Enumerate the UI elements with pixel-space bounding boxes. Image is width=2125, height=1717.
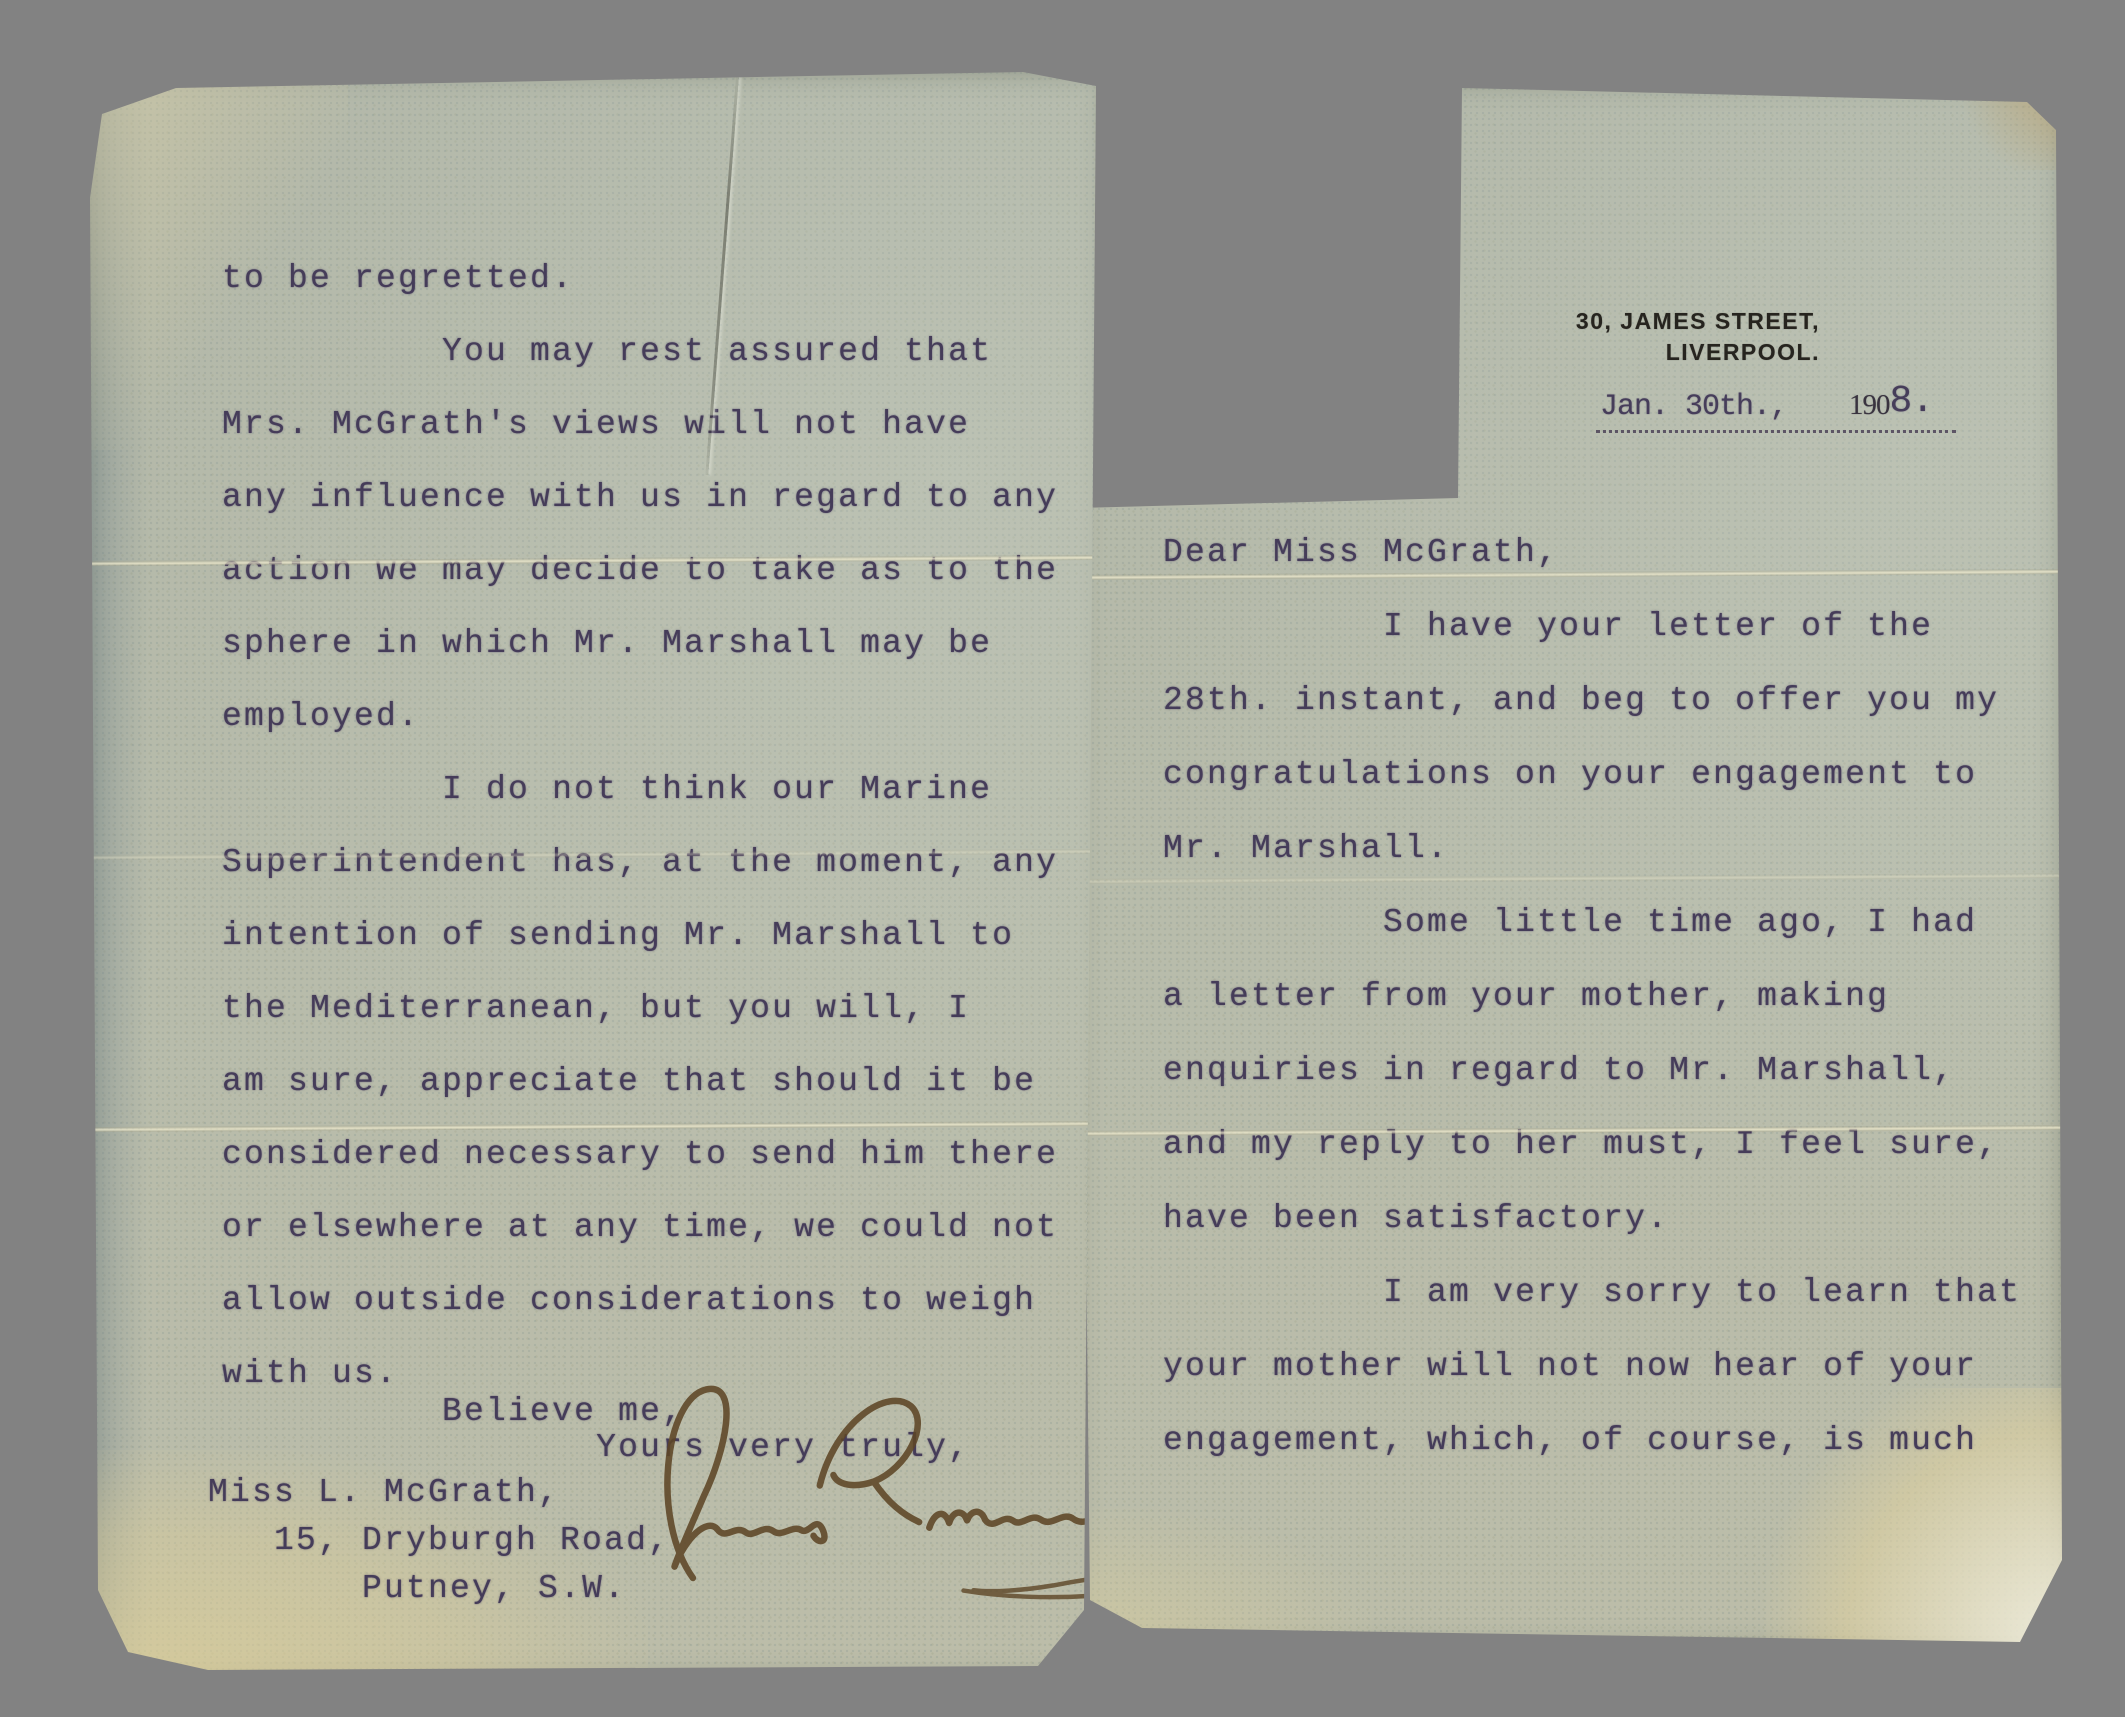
page-edge-shadow	[88, 70, 148, 1680]
date-underline	[1596, 430, 1956, 433]
letter-scan-scene: 30, JAMES STREET, LIVERPOOL. Jan. 30th.,…	[0, 0, 2125, 1717]
left-page: to be regretted. You may rest assured th…	[88, 70, 1110, 1680]
right-page-body-text: I have your letter of the 28th. instant,…	[1163, 590, 2021, 1478]
date-typed-year-digit: 8.	[1890, 380, 1934, 423]
recipient-address: Miss L. McGrath, 15, Dryburgh Road, Putn…	[208, 1469, 670, 1613]
letterhead-address-line: 30, JAMES STREET,	[1576, 306, 1820, 337]
letterhead: 30, JAMES STREET, LIVERPOOL.	[1576, 306, 1820, 368]
corner-stain-top-right	[1944, 80, 2064, 170]
date-printed-year: 190	[1849, 389, 1890, 421]
date-typed-text: Jan. 30th.,	[1600, 390, 1787, 424]
date-line: Jan. 30th.,1908.	[1600, 383, 1933, 426]
signature-stroke-b	[664, 1385, 826, 1579]
left-page-body-text: to be regretted. You may rest assured th…	[222, 242, 1058, 1410]
right-page: 30, JAMES STREET, LIVERPOOL. Jan. 30th.,…	[1072, 80, 2064, 1648]
letterhead-city-line: LIVERPOOL.	[1576, 337, 1820, 368]
signature-stroke-i	[817, 1400, 921, 1525]
worn-edge-bottom-left	[1072, 1508, 1372, 1648]
